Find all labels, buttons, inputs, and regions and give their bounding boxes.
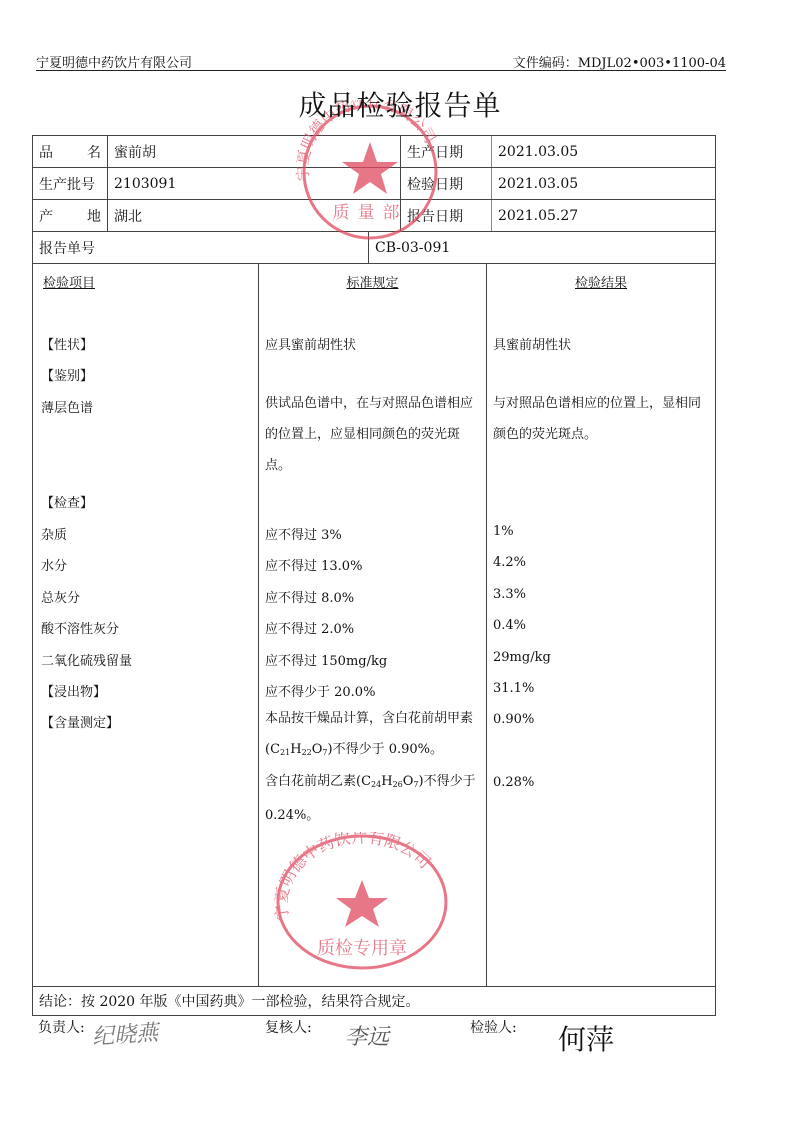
- page-title: 成品检验报告单: [0, 84, 800, 124]
- item-impurity: 杂质: [41, 524, 67, 543]
- result-total-ash: 3.3%: [493, 587, 526, 602]
- company-name: 宁夏明德中药饮片有限公司: [36, 52, 192, 71]
- result-appearance: 具蜜前胡性状: [493, 334, 571, 353]
- label-production-date: 生产日期: [401, 136, 492, 167]
- result-tlc: 与对照品色谱相应的位置上，显相同颜色的荧光斑点。: [493, 388, 709, 450]
- batch-no: 2103091: [108, 168, 401, 199]
- standard-tlc: 供试品色谱中，在与对照品色谱相应的位置上，应显相同颜色的荧光斑点。: [265, 388, 481, 481]
- standard-assay-b: 含白花前胡乙素(C24H26O7)不得少于 0.24%。: [265, 766, 481, 831]
- label-report-date: 报告日期: [401, 200, 492, 231]
- item-acid-insoluble-ash: 酸不溶性灰分: [41, 618, 119, 637]
- item-examination: 【检查】: [41, 492, 93, 511]
- label-report-no: 报告单号: [33, 232, 369, 263]
- report-no: CB-03-091: [369, 232, 715, 263]
- origin: 湖北: [108, 200, 401, 231]
- label-batch-no: 生产批号: [33, 168, 108, 199]
- header-standard: 标准规定: [259, 272, 486, 291]
- item-appearance: 【性状】: [41, 334, 93, 353]
- standard-total-ash: 应不得过 8.0%: [265, 587, 354, 606]
- result-extract: 31.1%: [493, 681, 534, 696]
- label-inspector: 检验人:: [470, 1017, 517, 1037]
- info-row-product: 品名 蜜前胡 生产日期 2021.03.05: [33, 136, 715, 168]
- info-row-report-no: 报告单号 CB-03-091: [33, 232, 715, 264]
- inspection-date: 2021.03.05: [492, 168, 715, 199]
- item-total-ash: 总灰分: [41, 587, 80, 606]
- standard-moisture: 应不得过 13.0%: [265, 555, 362, 574]
- standard-so2-residue: 应不得过 150mg/kg: [265, 650, 387, 669]
- inspection-body: 检验项目 【性状】 【鉴别】 薄层色谱 【检查】 杂质 水分 总灰分 酸不溶性灰…: [33, 264, 715, 986]
- result-so2-residue: 29mg/kg: [493, 650, 551, 665]
- header-result: 检验结果: [487, 272, 715, 291]
- item-identification: 【鉴别】: [41, 365, 93, 384]
- label-inspection-date: 检验日期: [401, 168, 492, 199]
- item-extract: 【浸出物】: [41, 681, 106, 700]
- standard-assay-a: 本品按干燥品计算，含白花前胡甲素(C21H22O7)不得少于 0.90%。: [265, 703, 481, 768]
- standard-extract: 应不得少于 20.0%: [265, 681, 375, 700]
- signature-responsible: 纪晓燕: [91, 1016, 159, 1052]
- item-assay: 【含量测定】: [41, 712, 119, 731]
- result-assay-a: 0.90%: [493, 712, 534, 727]
- standard-acid-insoluble-ash: 应不得过 2.0%: [265, 618, 354, 637]
- report-date: 2021.05.27: [492, 200, 715, 231]
- result-impurity: 1%: [493, 524, 514, 539]
- label-responsible: 负责人:: [38, 1017, 85, 1037]
- page-header: 宁夏明德中药饮片有限公司 文件编码：MDJL02•003•1100-04: [36, 50, 726, 71]
- item-so2-residue: 二氧化硫残留量: [41, 650, 132, 669]
- document-code: 文件编码：MDJL02•003•1100-04: [513, 52, 726, 71]
- result-acid-insoluble-ash: 0.4%: [493, 618, 526, 633]
- column-standards: 标准规定 应具蜜前胡性状 供试品色谱中，在与对照品色谱相应的位置上，应显相同颜色…: [259, 264, 487, 986]
- signature-inspector: 何萍: [558, 1018, 614, 1058]
- production-date: 2021.03.05: [492, 136, 715, 167]
- item-tlc: 薄层色谱: [41, 397, 93, 416]
- standard-impurity: 应不得过 3%: [265, 524, 342, 543]
- conclusion: 结论：按 2020 年版《中国药典》一部检验，结果符合规定。: [33, 986, 715, 1015]
- info-row-origin: 产地 湖北 报告日期 2021.05.27: [33, 200, 715, 232]
- result-assay-b: 0.28%: [493, 775, 534, 790]
- label-origin: 产地: [33, 200, 108, 231]
- label-product-name: 品名: [33, 136, 108, 167]
- report-table: 品名 蜜前胡 生产日期 2021.03.05 生产批号 2103091 检验日期…: [32, 135, 716, 1016]
- header-item: 检验项目: [43, 272, 95, 291]
- product-name: 蜜前胡: [108, 136, 401, 167]
- item-moisture: 水分: [41, 555, 67, 574]
- label-reviewer: 复核人:: [265, 1017, 312, 1037]
- standard-appearance: 应具蜜前胡性状: [265, 334, 356, 353]
- column-items: 检验项目 【性状】 【鉴别】 薄层色谱 【检查】 杂质 水分 总灰分 酸不溶性灰…: [33, 264, 259, 986]
- result-moisture: 4.2%: [493, 555, 526, 570]
- info-row-batch: 生产批号 2103091 检验日期 2021.03.05: [33, 168, 715, 200]
- signature-reviewer: 李远: [345, 1020, 389, 1051]
- column-results: 检验结果 具蜜前胡性状 与对照品色谱相应的位置上，显相同颜色的荧光斑点。 1% …: [487, 264, 715, 986]
